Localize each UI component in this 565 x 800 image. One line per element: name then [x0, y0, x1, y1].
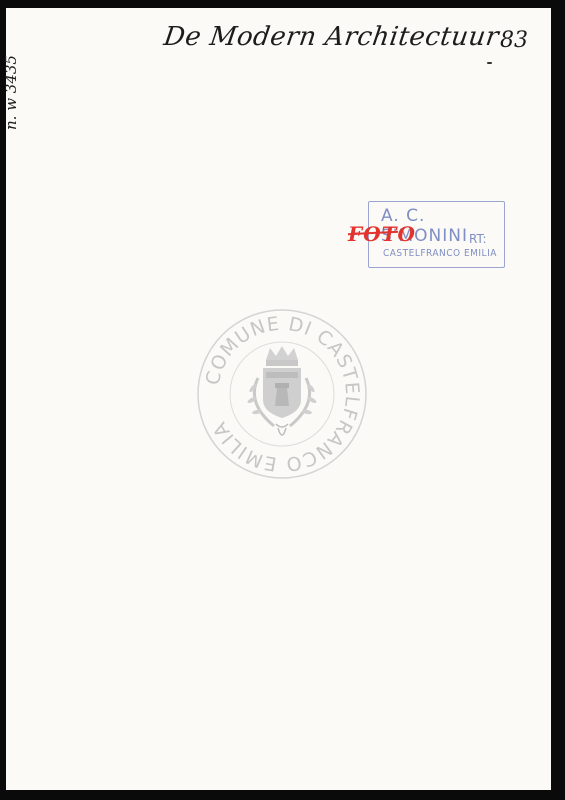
handwritten-inventory-number: n. w 3435 [2, 55, 20, 130]
handwritten-year: 83 [500, 28, 528, 53]
handwritten-title: De Modern Architectuur [162, 22, 501, 52]
stamp-line2: RT: [469, 232, 487, 246]
municipal-seal-icon: COMUNE DI CASTELFRANCO EMILIA [196, 308, 368, 480]
stamp-city: CASTELFRANCO EMILIA [383, 248, 497, 259]
red-foto-annotation: FOTO [348, 222, 416, 246]
ink-dot [487, 62, 492, 64]
